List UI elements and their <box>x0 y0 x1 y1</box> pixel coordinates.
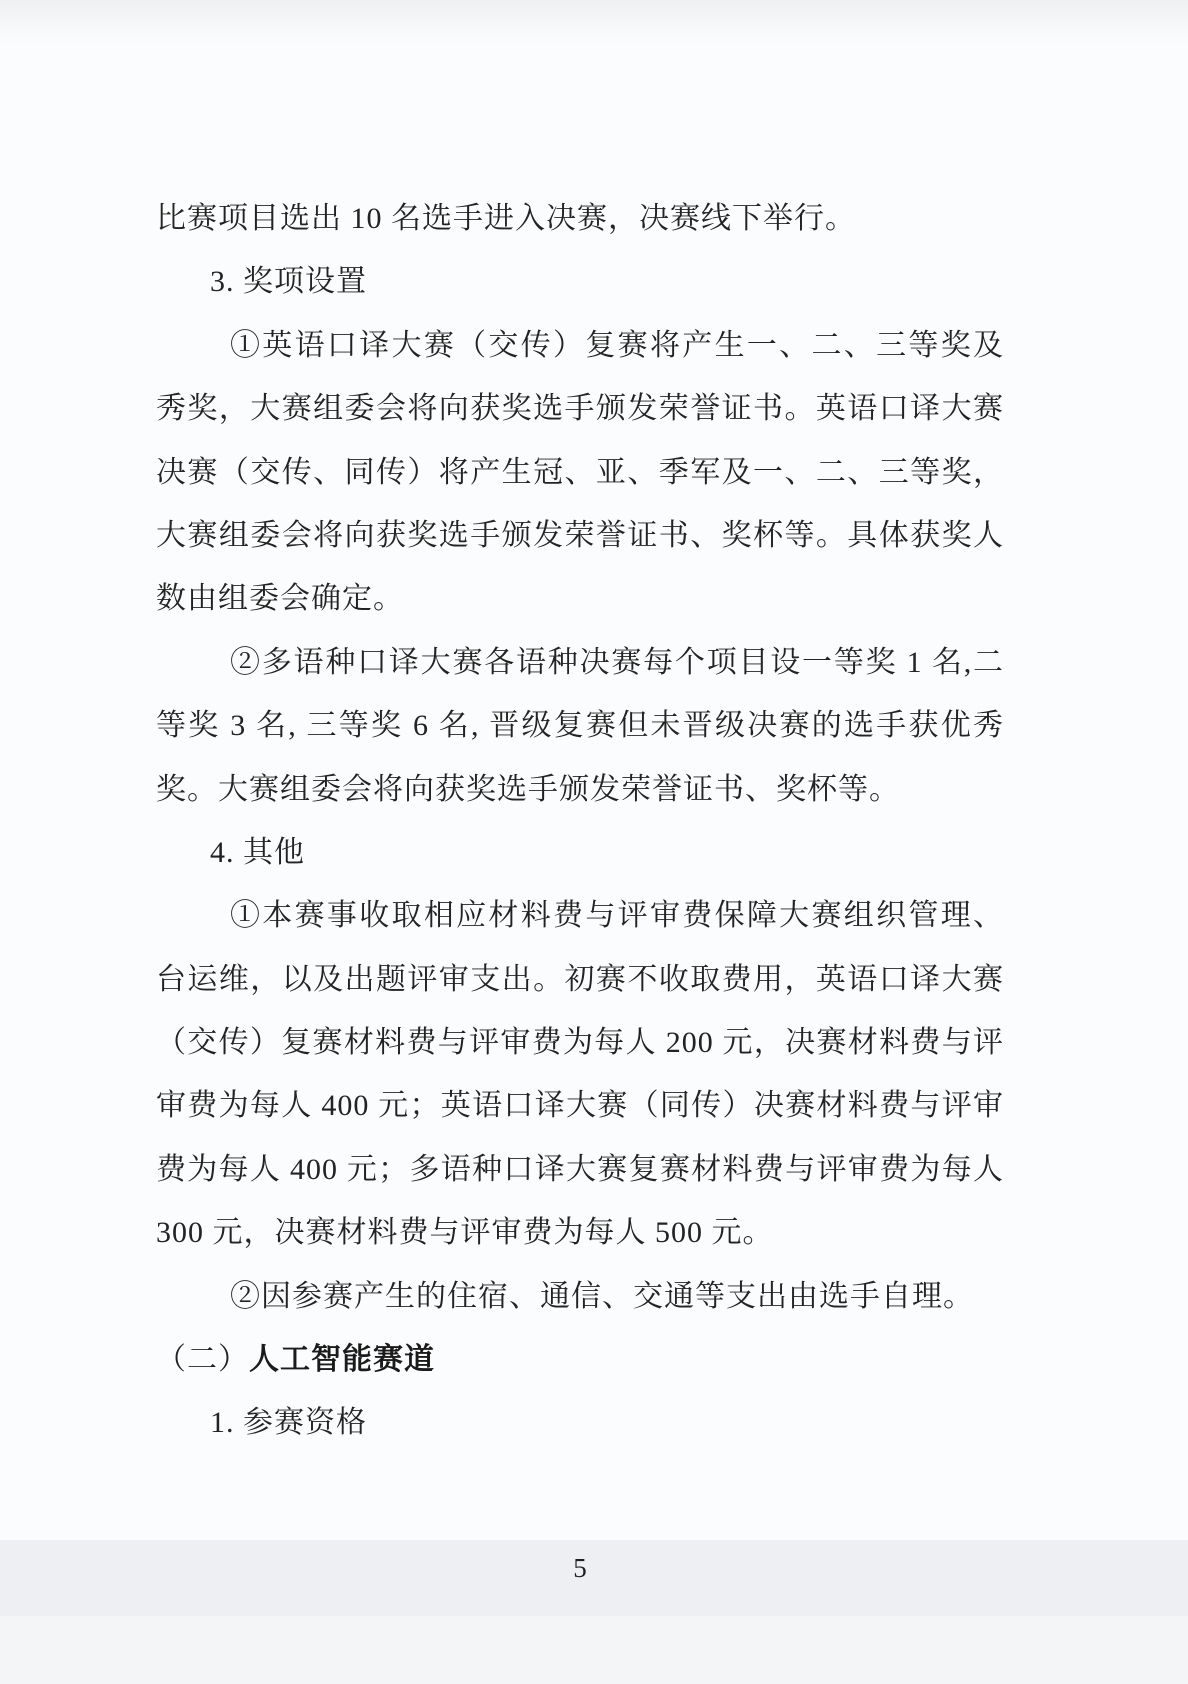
text-line: ②多语种口译大赛各语种决赛每个项目设一等奖 1 名,二 <box>156 631 1004 694</box>
scanned-document-page: 比赛项目选出 10 名选手进入决赛，决赛线下举行。 3. 奖项设置 ①英语口译大… <box>0 0 1188 1684</box>
top-scan-shadow <box>0 0 1188 44</box>
section-heading-title: 人工智能赛道 <box>249 1343 435 1376</box>
section-heading-number: （二） <box>156 1343 249 1376</box>
text-line: ①英语口译大赛（交传）复赛将产生一、二、三等奖及优 <box>156 314 1004 377</box>
text-line: 比赛项目选出 10 名选手进入决赛，决赛线下举行。 <box>156 187 1004 250</box>
text-line: 大赛组委会将向获奖选手颁发荣誉证书、奖杯等。具体获奖人 <box>156 504 1004 567</box>
text-line: （交传）复赛材料费与评审费为每人 200 元，决赛材料费与评 <box>156 1011 1004 1074</box>
page-body: 比赛项目选出 10 名选手进入决赛，决赛线下举行。 3. 奖项设置 ①英语口译大… <box>156 187 1004 1455</box>
text-line: 审费为每人 400 元；英语口译大赛（同传）决赛材料费与评审 <box>156 1074 1004 1137</box>
text-line: ②因参赛产生的住宿、通信、交通等支出由选手自理。 <box>156 1265 1004 1328</box>
text-line: 台运维，以及出题评审支出。初赛不收取费用，英语口译大赛 <box>156 948 1004 1011</box>
text-line: 费为每人 400 元；多语种口译大赛复赛材料费与评审费为每人 <box>156 1138 1004 1201</box>
page-number: 5 <box>156 1548 1004 1588</box>
numbered-item-line: 3. 奖项设置 <box>156 250 1004 313</box>
numbered-item-line: 4. 其他 <box>156 821 1004 884</box>
bottom-page-edge <box>0 1616 1188 1684</box>
text-line: 等奖 3 名, 三等奖 6 名, 晋级复赛但未晋级决赛的选手获优秀 <box>156 694 1004 757</box>
numbered-item-line: 1. 参赛资格 <box>156 1391 1004 1454</box>
text-line: 奖。大赛组委会将向获奖选手颁发荣誉证书、奖杯等。 <box>156 758 1004 821</box>
section-heading: （二）人工智能赛道 <box>156 1328 1004 1391</box>
text-line: 决赛（交传、同传）将产生冠、亚、季军及一、二、三等奖， <box>156 441 1004 504</box>
text-line: 数由组委会确定。 <box>156 567 1004 630</box>
text-line: ①本赛事收取相应材料费与评审费保障大赛组织管理、平 <box>156 884 1004 947</box>
text-line: 300 元，决赛材料费与评审费为每人 500 元。 <box>156 1201 1004 1264</box>
text-line: 秀奖，大赛组委会将向获奖选手颁发荣誉证书。英语口译大赛 <box>156 377 1004 440</box>
